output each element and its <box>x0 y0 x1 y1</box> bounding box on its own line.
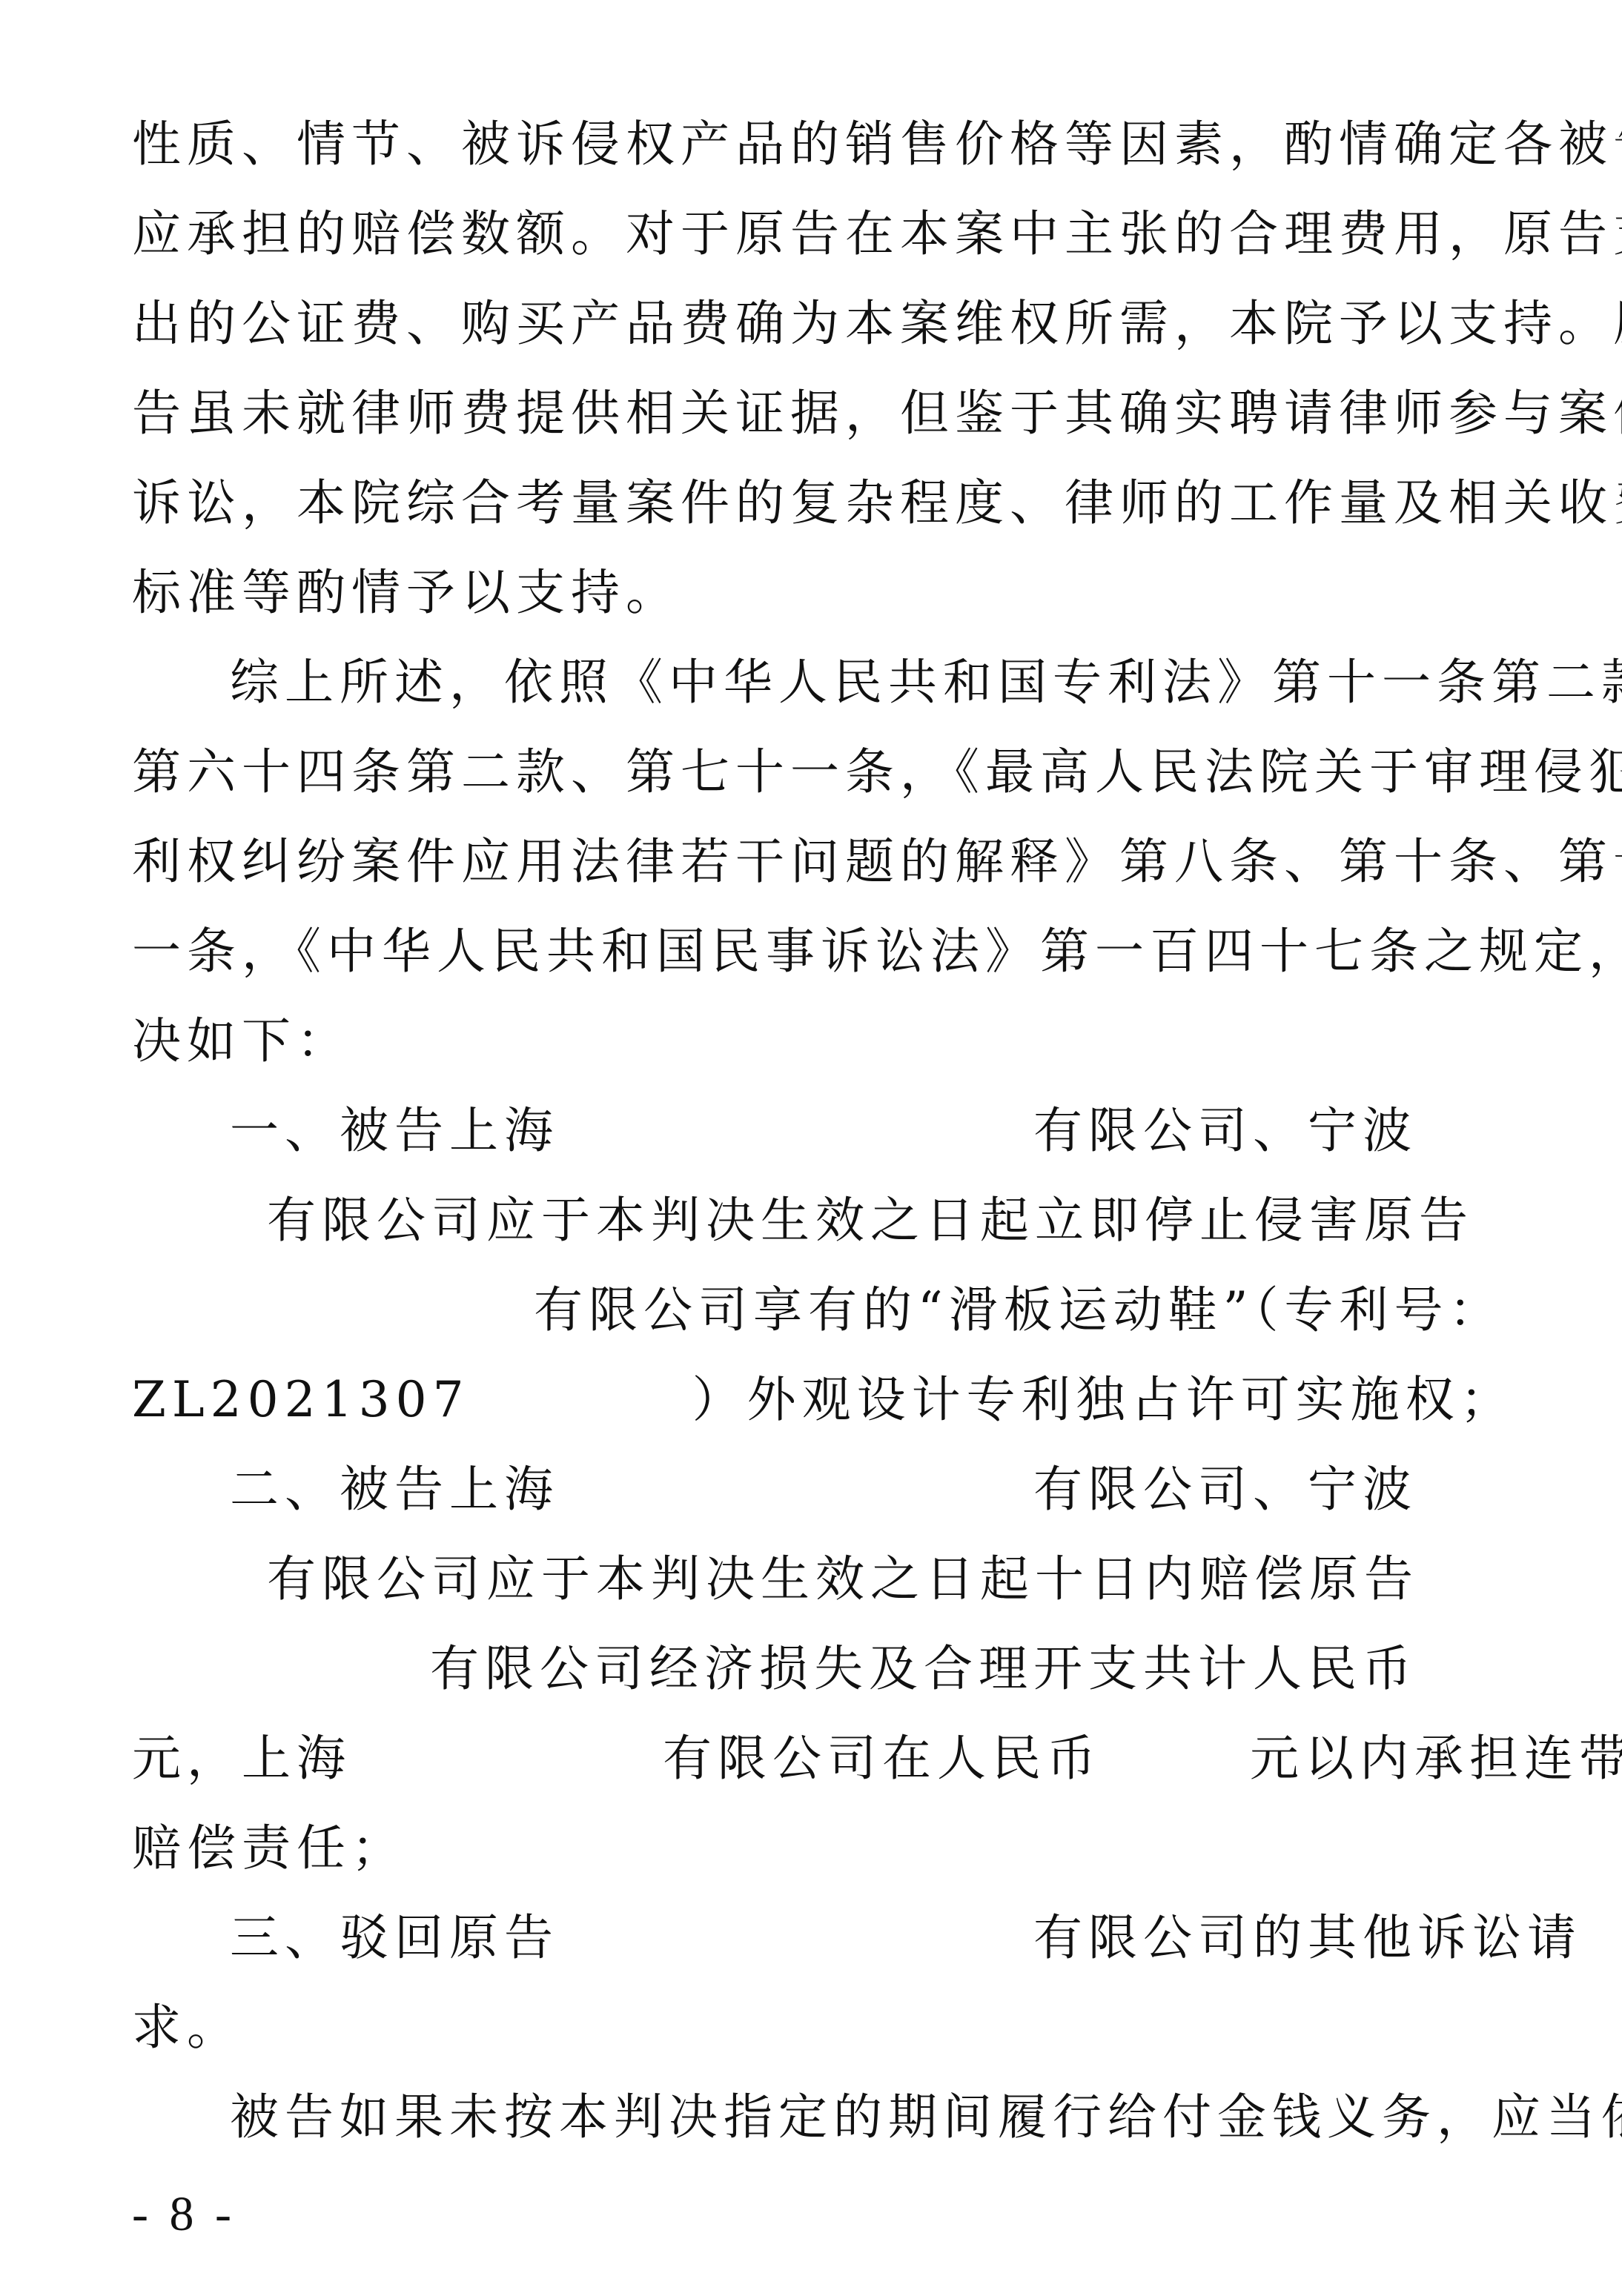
text-segment: 第六十四条第二款、第七十一条，《最高人民法院关于审理侵犯专 <box>132 731 1622 813</box>
text-segment: 综上所述，依照《中华人民共和国专利法》第十一条第二款、 <box>230 642 1622 723</box>
text-segment: ZL2021307 <box>132 1359 470 1441</box>
text-segment: 标准等酌情予以支持。 <box>132 552 681 634</box>
text-line: 三、驳回原告有限公司的其他诉讼请 <box>230 1897 1582 1979</box>
text-line: 出的公证费、购买产品费确为本案维权所需，本院予以支持。原 <box>132 283 1622 365</box>
text-segment: 有限公司享有的“滑板运动鞋”（专利号： <box>534 1270 1503 1351</box>
text-segment: 有限公司应于本判决生效之日起立即停止侵害原告 <box>267 1180 1474 1261</box>
text-line: 一、被告上海有限公司、宁波 <box>230 1090 1417 1172</box>
text-segment: 元，上海 <box>132 1718 351 1799</box>
text-line: 赔偿责任； <box>132 1808 406 1889</box>
text-line: 二、被告上海有限公司、宁波 <box>230 1449 1417 1530</box>
text-segment: 有限公司应于本判决生效之日起十日内赔偿原告 <box>267 1539 1419 1620</box>
text-line: 综上所述，依照《中华人民共和国专利法》第十一条第二款、 <box>230 642 1622 723</box>
text-segment: 求。 <box>132 1987 242 2068</box>
text-line: 被告如果未按本判决指定的期间履行给付金钱义务，应当依 <box>230 2077 1622 2158</box>
text-segment: 利权纠纷案件应用法律若干问题的解释》第八条、第十条、第十 <box>132 821 1622 903</box>
text-segment: 有限公司、宁波 <box>1033 1090 1417 1172</box>
text-segment: 元以内承担连带 <box>1250 1718 1622 1799</box>
text-segment: 赔偿责任； <box>132 1808 406 1889</box>
text-line: 应承担的赔偿数额。对于原告在本案中主张的合理费用，原告支 <box>132 193 1622 275</box>
text-segment: 应承担的赔偿数额。对于原告在本案中主张的合理费用，原告支 <box>132 193 1622 275</box>
text-segment: 出的公证费、购买产品费确为本案维权所需，本院予以支持。原 <box>132 283 1622 365</box>
text-segment: 有限公司的其他诉讼请 <box>1033 1897 1582 1979</box>
text-segment: 性质、情节、被诉侵权产品的销售价格等因素，酌情确定各被告 <box>132 104 1622 185</box>
text-segment: 决如下： <box>132 1001 351 1082</box>
text-line: 决如下： <box>132 1001 351 1082</box>
text-segment: ）外观设计专利独占许可实施权； <box>692 1359 1515 1441</box>
text-line: 第六十四条第二款、第七十一条，《最高人民法院关于审理侵犯专 <box>132 731 1622 813</box>
text-line: 求。 <box>132 1987 242 2068</box>
document-page: 性质、情节、被诉侵权产品的销售价格等因素，酌情确定各被告应承担的赔偿数额。对于原… <box>0 0 1622 2296</box>
text-segment: 有限公司在人民币 <box>663 1718 1102 1799</box>
text-line: 元，上海有限公司在人民币元以内承担连带 <box>132 1718 1622 1799</box>
text-segment: 一条，《中华人民共和国民事诉讼法》第一百四十七条之规定，判 <box>132 911 1622 992</box>
text-line: 诉讼，本院综合考量案件的复杂程度、律师的工作量及相关收费 <box>132 462 1622 544</box>
text-segment: 被告如果未按本判决指定的期间履行给付金钱义务，应当依 <box>230 2077 1622 2158</box>
text-segment: 告虽未就律师费提供相关证据，但鉴于其确实聘请律师参与案件 <box>132 373 1622 454</box>
text-line: 有限公司经济损失及合理开支共计人民币 <box>430 1628 1417 1710</box>
text-line: 有限公司应于本判决生效之日起立即停止侵害原告 <box>267 1180 1474 1261</box>
text-segment: 一、被告上海 <box>230 1090 559 1172</box>
text-line: 标准等酌情予以支持。 <box>132 552 681 634</box>
text-line: 性质、情节、被诉侵权产品的销售价格等因素，酌情确定各被告 <box>132 104 1622 185</box>
text-line: 有限公司应于本判决生效之日起十日内赔偿原告 <box>267 1539 1419 1620</box>
text-line: 有限公司享有的“滑板运动鞋”（专利号： <box>534 1270 1503 1351</box>
text-segment: 诉讼，本院综合考量案件的复杂程度、律师的工作量及相关收费 <box>132 462 1622 544</box>
text-line: 告虽未就律师费提供相关证据，但鉴于其确实聘请律师参与案件 <box>132 373 1622 454</box>
page-number: - 8 - <box>132 2186 236 2243</box>
text-line: ZL2021307）外观设计专利独占许可实施权； <box>132 1359 1515 1441</box>
text-segment: 三、驳回原告 <box>230 1897 559 1979</box>
text-line: 一条，《中华人民共和国民事诉讼法》第一百四十七条之规定，判 <box>132 911 1622 992</box>
text-segment: 二、被告上海 <box>230 1449 559 1530</box>
text-line: 利权纠纷案件应用法律若干问题的解释》第八条、第十条、第十 <box>132 821 1622 903</box>
text-segment: 有限公司、宁波 <box>1033 1449 1417 1530</box>
text-segment: 有限公司经济损失及合理开支共计人民币 <box>430 1628 1417 1710</box>
